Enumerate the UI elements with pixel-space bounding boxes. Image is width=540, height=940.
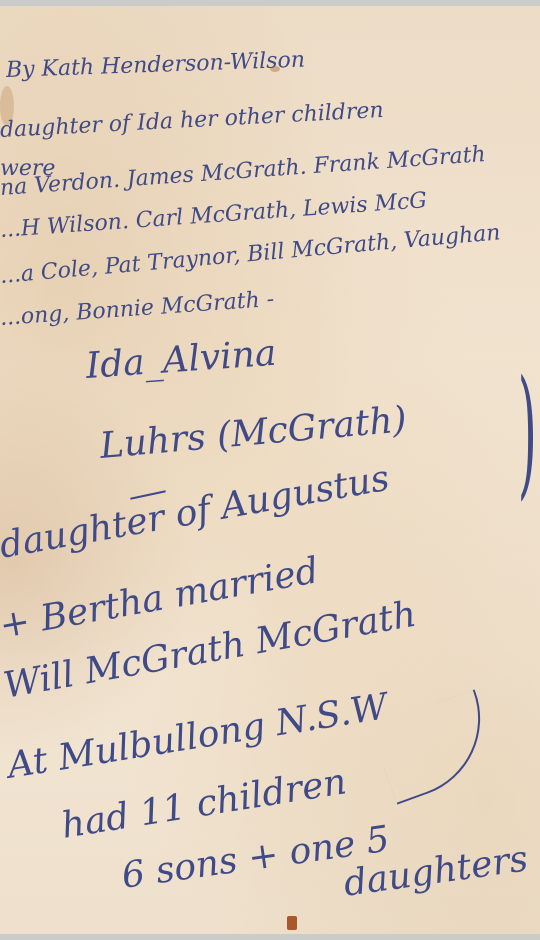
paper-note: By Kath Henderson-Wilson daughter of Ida… xyxy=(0,6,540,934)
header-line-7: ...ong, Bonnie McGrath - xyxy=(0,287,275,331)
rust-mark xyxy=(287,916,297,930)
name-line-2: Luhrs (McGrath) xyxy=(98,399,408,467)
body-line-1: daughter of Augustus xyxy=(0,458,392,567)
name-line-1: Ida_Alvina xyxy=(85,333,278,387)
pen-stroke xyxy=(369,689,502,804)
header-line-2: daughter of Ida her other children xyxy=(0,98,384,143)
author-line: By Kath Henderson-Wilson xyxy=(6,48,306,83)
closing-parenthesis: ) xyxy=(518,351,537,514)
